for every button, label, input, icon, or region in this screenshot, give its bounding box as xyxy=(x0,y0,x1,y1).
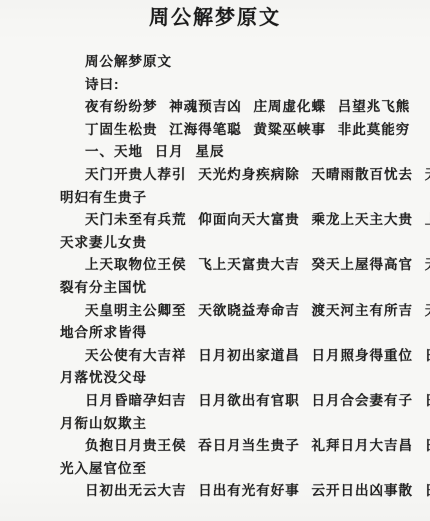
text-line: 月衔山奴欺主 xyxy=(60,413,428,436)
text-line: 月落忧没父母 xyxy=(60,367,428,390)
text-line: 天公使有大吉祥 日月初出家道昌 日月照身得重位 日 xyxy=(60,345,428,368)
text-line: 负抱日月贵王侯 吞日月当生贵子 礼拜日月大吉昌 日 xyxy=(60,435,428,458)
document-page: 周公解梦原文 周公解梦原文诗曰:夜有纷纷梦 神魂预吉凶 庄周虚化蝶 吕望兆飞熊丁… xyxy=(0,0,430,521)
text-line: 光入屋官位至 xyxy=(60,458,428,481)
text-line: 天皇明主公卿至 天欲晓益寿命吉 渡天河主有所吉 天 xyxy=(60,300,428,323)
text-line: 裂有分主国忧 xyxy=(60,277,428,300)
text-line: 日初出无云大吉 日出有光有好事 云开日出凶事散 日 xyxy=(60,480,428,503)
text-line: 上天取物位王侯 飞上天富贵大吉 癸天上屋得高官 天 xyxy=(60,254,428,277)
text-line: 周公解梦原文 xyxy=(60,51,428,74)
text-line: 一、天地 日月 星辰 xyxy=(60,141,428,164)
text-line: 诗曰: xyxy=(60,74,428,97)
text-line: 丁固生松贵 江海得笔聪 黄粱巫峡事 非此莫能穷 xyxy=(60,119,428,142)
page-title: 周公解梦原文 xyxy=(0,5,430,31)
text-line: 地合所求皆得 xyxy=(60,322,428,345)
text-line: 天门开贵人荐引 天光灼身疾病除 天晴雨散百忧去 天 xyxy=(60,164,428,187)
document-body: 周公解梦原文诗曰:夜有纷纷梦 神魂预吉凶 庄周虚化蝶 吕望兆飞熊丁固生松贵 江海… xyxy=(60,51,428,503)
text-line: 天门未至有兵荒 仰面向天大富贵 乘龙上天主大贵 上 xyxy=(60,209,428,232)
text-line: 夜有纷纷梦 神魂预吉凶 庄周虚化蝶 吕望兆飞熊 xyxy=(60,96,428,119)
text-line: 明妇有生贵子 xyxy=(60,187,428,210)
text-line: 天求妻儿女贵 xyxy=(60,232,428,255)
text-line: 日月昏暗孕妇吉 日月欲出有官职 日月合会妻有子 日 xyxy=(60,390,428,413)
